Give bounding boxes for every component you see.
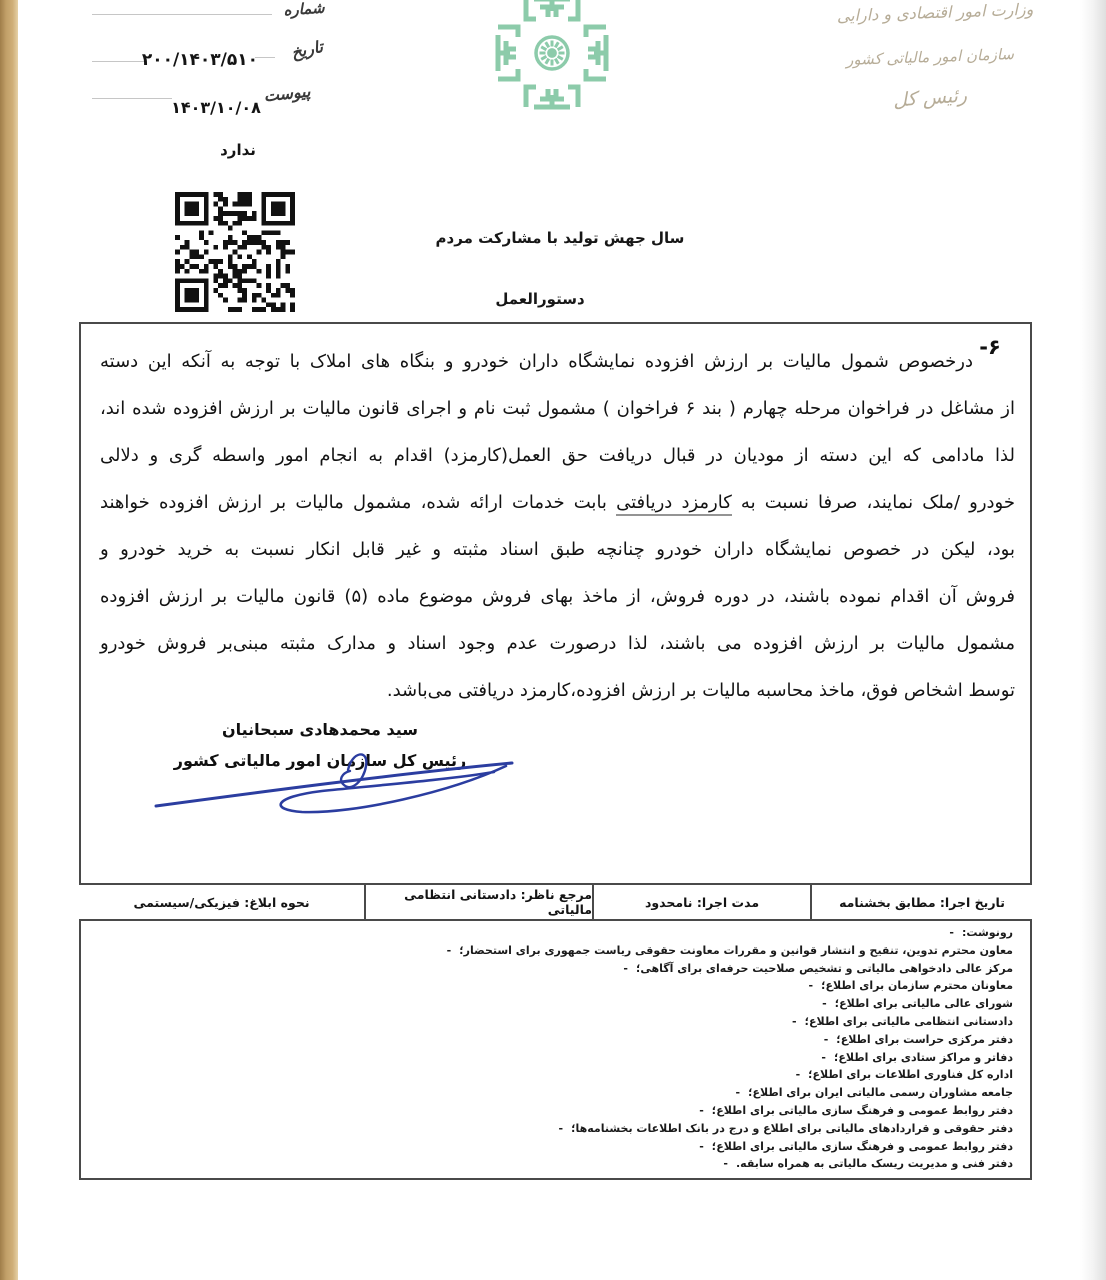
dash-bullet: -	[792, 1013, 797, 1031]
table-cell-supervising-body: مرجع ناظر: دادستانی انتظامی مالیاتی	[366, 885, 594, 919]
paragraph-line: از مشاغل در فراخوان مرحله چهارم ( بند ۶ …	[100, 385, 1015, 432]
attachment-value: ندارد	[210, 141, 266, 159]
paragraph-line: مشمول مالیات بر ارزش افزوده می باشند، لذ…	[100, 620, 1015, 667]
dash-bullet: -	[723, 1155, 728, 1173]
number-label: شماره	[279, 0, 328, 20]
dash-bullet: -	[809, 977, 814, 995]
cc-list: رونوشت:- معاون محترم تدوین، تنقیح و انتش…	[447, 924, 1013, 1173]
cc-list-item: مرکز عالی دادخواهی مالیاتی و تشخیص صلاحی…	[447, 960, 1013, 978]
cc-item-text: دفتر روابط عمومی و فرهنگ سازی مالیاتی بر…	[712, 1102, 1013, 1120]
cc-item-text: دفتر فنی و مدیریت ریسک مالیاتی به همراه …	[736, 1155, 1013, 1173]
cc-item-text: دفتر روابط عمومی و فرهنگ سازی مالیاتی بر…	[712, 1138, 1013, 1156]
scanned-letter-page: وزارت امور اقتصادی و دارایی سازمان امور …	[0, 0, 1106, 1280]
dash-bullet: -	[699, 1102, 704, 1120]
cc-item-text: دفاتر و مراکز ستادی برای اطلاع؛	[834, 1049, 1013, 1067]
dash-bullet: -	[699, 1138, 704, 1156]
cc-list-item: دفاتر و مراکز ستادی برای اطلاع؛-	[447, 1049, 1013, 1067]
dash-bullet: -	[623, 960, 628, 978]
letterhead-ministry: وزارت امور اقتصادی و دارایی	[775, 0, 1095, 28]
attachment-label: پیوست	[257, 81, 317, 106]
dash-bullet: -	[949, 924, 954, 942]
clause-paragraph: درخصوص شمول مالیات بر ارزش افزوده نمایشگ…	[100, 338, 1015, 714]
cc-item-text: دفتر حقوقی و قراردادهای مالیاتی برای اطل…	[571, 1120, 1013, 1138]
cc-list-item: دفتر مرکزی حراست برای اطلاع؛-	[447, 1031, 1013, 1049]
table-cell-duration: مدت اجرا: نامحدود	[594, 885, 812, 919]
cc-list-item: دفتر حقوقی و قراردادهای مالیاتی برای اطل…	[447, 1120, 1013, 1138]
handwritten-signature	[150, 738, 530, 830]
underlined-term: کارمزد دریافتی	[616, 492, 732, 516]
cc-item-text: اداره کل فناوری اطلاعات برای اطلاع؛	[808, 1066, 1013, 1084]
date-line-a	[92, 61, 144, 62]
cc-item-text: دادستانی انتظامی مالیاتی برای اطلاع؛	[805, 1013, 1013, 1031]
cc-list-item: دادستانی انتظامی مالیاتی برای اطلاع؛-	[447, 1013, 1013, 1031]
cc-list-item: جامعه مشاوران رسمی مالیاتی ایران برای اط…	[447, 1084, 1013, 1102]
date-line-b	[255, 57, 275, 58]
table-cell-execution-date: تاریخ اجرا: مطابق بخشنامه	[812, 885, 1032, 919]
letterhead-organization: سازمان امور مالیاتی کشور	[795, 43, 1065, 70]
cc-list-item: معاون محترم تدوین، تنقیح و انتشار قوانین…	[447, 942, 1013, 960]
date-label: تاریخ	[284, 36, 331, 64]
cc-item-text: دفتر مرکزی حراست برای اطلاع؛	[836, 1031, 1013, 1049]
paragraph-line: درخصوص شمول مالیات بر ارزش افزوده نمایشگ…	[100, 338, 1015, 385]
attachment-line	[92, 98, 172, 99]
dash-bullet: -	[822, 995, 827, 1013]
number-blank-line	[92, 14, 272, 15]
doc-type-title: دستورالعمل	[430, 290, 650, 308]
cc-list-item: شورای عالی مالیاتی برای اطلاع؛-	[447, 995, 1013, 1013]
cc-item-text: معاون محترم تدوین، تنقیح و انتشار قوانین…	[459, 942, 1013, 960]
cc-list-item: معاونان محترم سازمان برای اطلاع؛-	[447, 977, 1013, 995]
execution-info-table: تاریخ اجرا: مطابق بخشنامه مدت اجرا: نامح…	[79, 883, 1032, 921]
dash-bullet: -	[558, 1120, 563, 1138]
dash-bullet: -	[447, 942, 452, 960]
paragraph-line: فروش آن اقدام نموده باشند، در دوره فروش،…	[100, 573, 1015, 620]
table-cell-notification: نحوه ابلاغ: فیزیکی/سیستمی	[79, 885, 366, 919]
paragraph-line: لذا مادامی که این دسته از مودیان در قبال…	[100, 432, 1015, 479]
cc-item-text: مرکز عالی دادخواهی مالیاتی و تشخیص صلاحی…	[636, 960, 1013, 978]
cc-item-text: معاونان محترم سازمان برای اطلاع؛	[821, 977, 1013, 995]
letter-number-value: ۲۰۰/۱۴۰۳/۵۱۰	[158, 50, 258, 70]
dash-bullet: -	[821, 1049, 826, 1067]
line4-post: بابت خدمات ارائه شده، مشمول مالیات بر ار…	[100, 492, 616, 513]
dash-bullet: -	[736, 1084, 741, 1102]
dash-bullet: -	[824, 1031, 829, 1049]
letter-date-value: ۱۴۰۳/۱۰/۰۸	[170, 98, 262, 117]
paragraph-line: خودرو /ملک نمایند، صرفا نسبت به کارمزد د…	[100, 479, 1015, 526]
cc-item-text: جامعه مشاوران رسمی مالیاتی ایران برای اط…	[748, 1084, 1013, 1102]
paragraph-line: توسط اشخاص فوق، ماخذ محاسبه مالیات بر ار…	[100, 667, 1015, 714]
photo-edge-left	[0, 0, 18, 1280]
tax-administration-emblem-logo	[492, 0, 612, 110]
dash-bullet: -	[796, 1066, 801, 1084]
year-slogan: سال جهش تولید با مشارکت مردم	[420, 229, 700, 247]
paragraph-line: بود، لیکن در خصوص نمایشگاه داران خودرو چ…	[100, 526, 1015, 573]
letterhead-role: رئیس کل	[854, 82, 1005, 114]
qr-code	[170, 192, 300, 312]
cc-item-text: رونوشت:	[962, 924, 1013, 942]
cc-list-item: دفتر روابط عمومی و فرهنگ سازی مالیاتی بر…	[447, 1138, 1013, 1156]
cc-list-item: رونوشت:-	[447, 924, 1013, 942]
cc-item-text: شورای عالی مالیاتی برای اطلاع؛	[835, 995, 1013, 1013]
photo-edge-right	[1080, 0, 1106, 1280]
line4-pre: خودرو /ملک نمایند، صرفا نسبت به	[732, 492, 1015, 513]
cc-list-item: دفتر فنی و مدیریت ریسک مالیاتی به همراه …	[447, 1155, 1013, 1173]
cc-list-item: اداره کل فناوری اطلاعات برای اطلاع؛-	[447, 1066, 1013, 1084]
cc-list-item: دفتر روابط عمومی و فرهنگ سازی مالیاتی بر…	[447, 1102, 1013, 1120]
